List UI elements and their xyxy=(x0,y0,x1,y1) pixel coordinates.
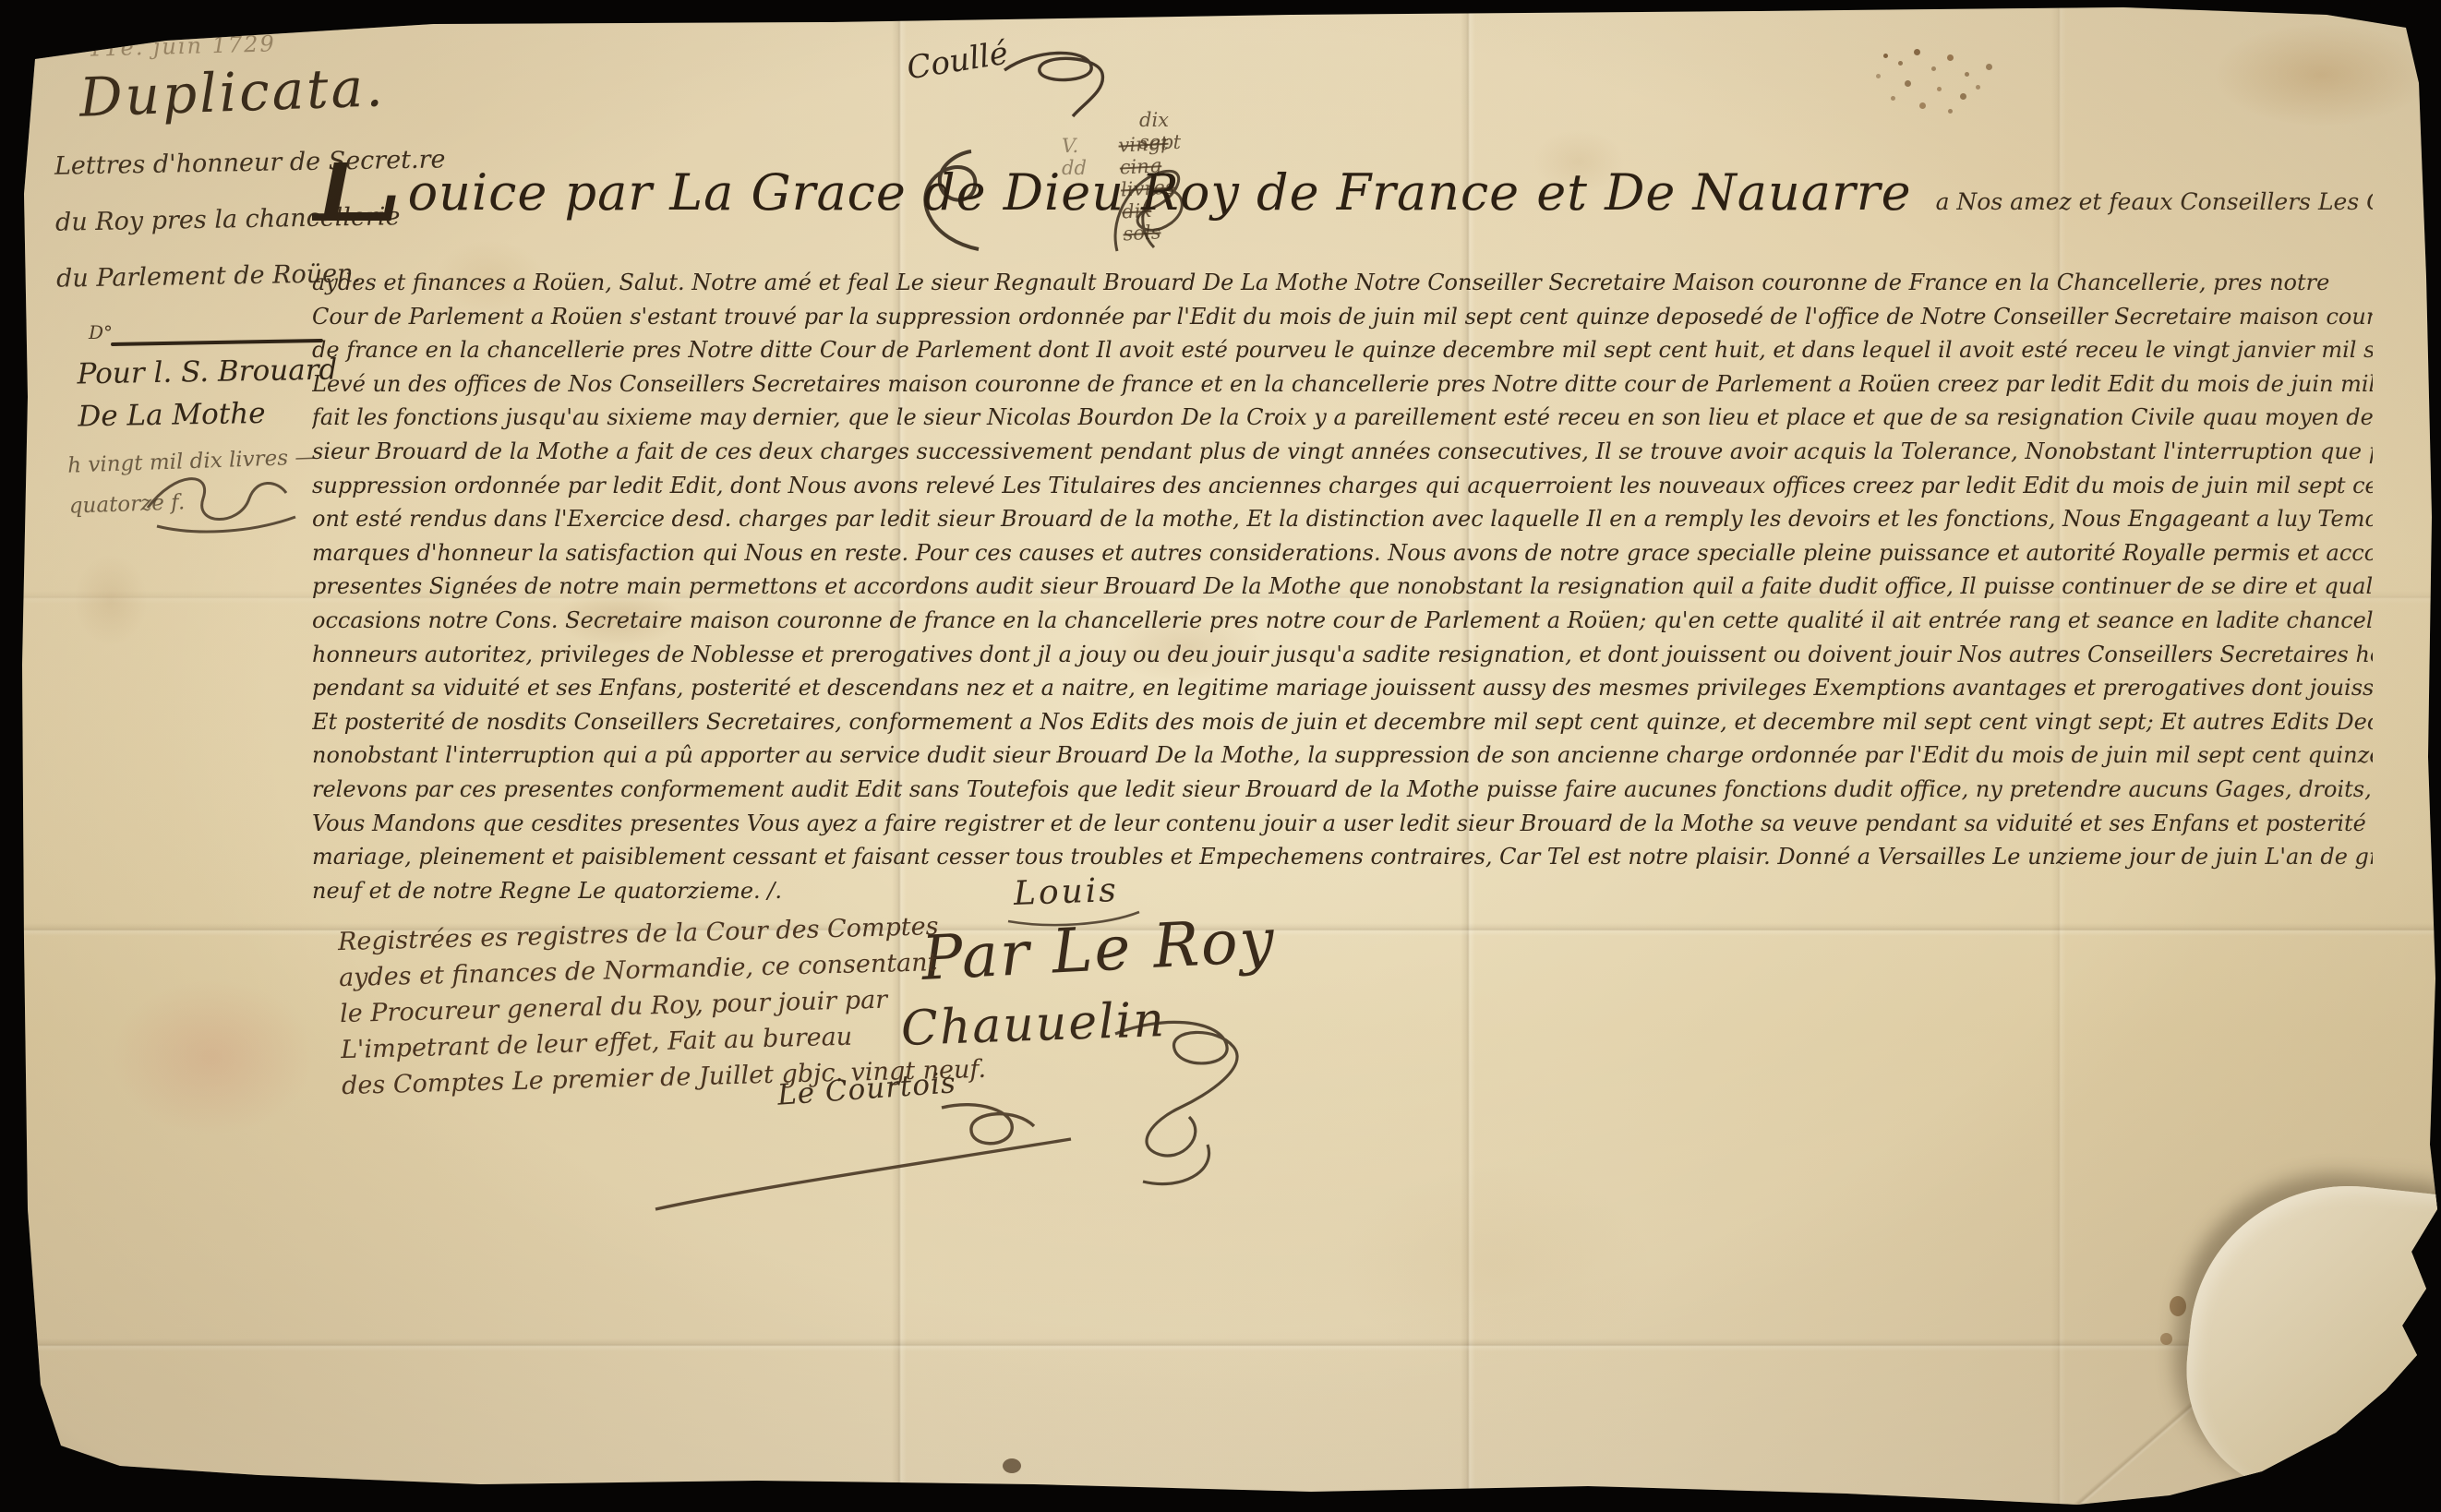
heading-text: ouice par La Grace de Dieu Roy de France… xyxy=(408,163,1912,222)
collation-flourish-icon xyxy=(999,42,1119,126)
top-date-note: 11e. juin 1729 xyxy=(89,30,276,61)
body-line: relevons par ces presentes conformement … xyxy=(312,773,2373,807)
margin-recipient: Pour l. S. Brouard De La Mothe xyxy=(77,349,338,438)
ink-blot xyxy=(1003,1458,1021,1473)
body-line: neuf et de notre Regne Le quatorzieme. /… xyxy=(312,874,2373,908)
body-line: fait les fonctions jusqu'au sixieme may … xyxy=(312,401,2373,435)
margin-rule xyxy=(111,339,323,346)
body-line: mariage, pleinement et paisiblement cess… xyxy=(312,840,2373,874)
margin-recipient-prefix: D° xyxy=(89,321,113,343)
body-line: aydes et finances a Roüen, Salut. Notre … xyxy=(312,266,2373,300)
folded-corner-flap xyxy=(2174,1170,2441,1508)
body-line: pendant sa viduité et ses Enfans, poster… xyxy=(312,671,2373,705)
body-text: aydes et finances a Roüen, Salut. Notre … xyxy=(312,266,2373,907)
body-line: nonobstant l'interruption qui a pû appor… xyxy=(312,738,2373,773)
king-signature: Louis xyxy=(1013,871,1119,913)
paraph-icon xyxy=(138,462,305,535)
ink-blot xyxy=(2160,1333,2172,1345)
body-line: marques d'honneur la satisfaction qui No… xyxy=(312,536,2373,570)
fold-crease xyxy=(0,1338,2441,1351)
body-line: suppression ordonnée par ledit Edit, don… xyxy=(312,469,2373,503)
secretary-paraph-icon xyxy=(1078,1006,1318,1200)
ink-blot xyxy=(2170,1296,2186,1316)
margin-recipient-line: De La Mothe xyxy=(78,391,339,438)
margin-recipient-line: Pour l. S. Brouard xyxy=(77,349,338,396)
heading-continuation: a Nos amez et feaux Conseillers Les Gens… xyxy=(1936,188,2373,215)
stain xyxy=(1339,1163,1653,1366)
duplicata-label: Duplicata. xyxy=(78,55,387,129)
body-line: occasions notre Cons. Secretaire maison … xyxy=(312,604,2373,638)
body-line: honneurs autoritez, privileges de Nobles… xyxy=(312,638,2373,672)
body-line: Vous Mandons que cesdites presentes Vous… xyxy=(312,807,2373,841)
parchment-sheet: 11e. juin 1729 Duplicata. Lettres d'honn… xyxy=(0,0,2441,1512)
royal-heading: L ouice par La Grace de Dieu Roy de Fran… xyxy=(312,162,2373,264)
registrar-flourish-icon xyxy=(646,1098,1089,1218)
body-line: Et posterité de nosdits Conseillers Secr… xyxy=(312,705,2373,739)
body-line: Levé un des offices de Nos Conseillers S… xyxy=(312,367,2373,402)
ink-speckles xyxy=(1883,54,1888,58)
body-line: ont esté rendus dans l'Exercice desd. ch… xyxy=(312,502,2373,536)
body-line: presentes Signées de notre main permetto… xyxy=(312,570,2373,604)
body-line: sieur Brouard de la Mothe a fait de ces … xyxy=(312,435,2373,469)
stain xyxy=(74,554,148,646)
collation-mark: Coullé xyxy=(905,35,1011,88)
stain xyxy=(2216,24,2428,126)
body-line: de france en la chancellerie pres Notre … xyxy=(312,333,2373,367)
heading-flourish-icon xyxy=(868,138,997,268)
body-line: Cour de Parlement a Roüen s'estant trouv… xyxy=(312,300,2373,334)
wax-smudge xyxy=(111,978,314,1135)
photo-stage: 11e. juin 1729 Duplicata. Lettres d'honn… xyxy=(0,0,2441,1512)
